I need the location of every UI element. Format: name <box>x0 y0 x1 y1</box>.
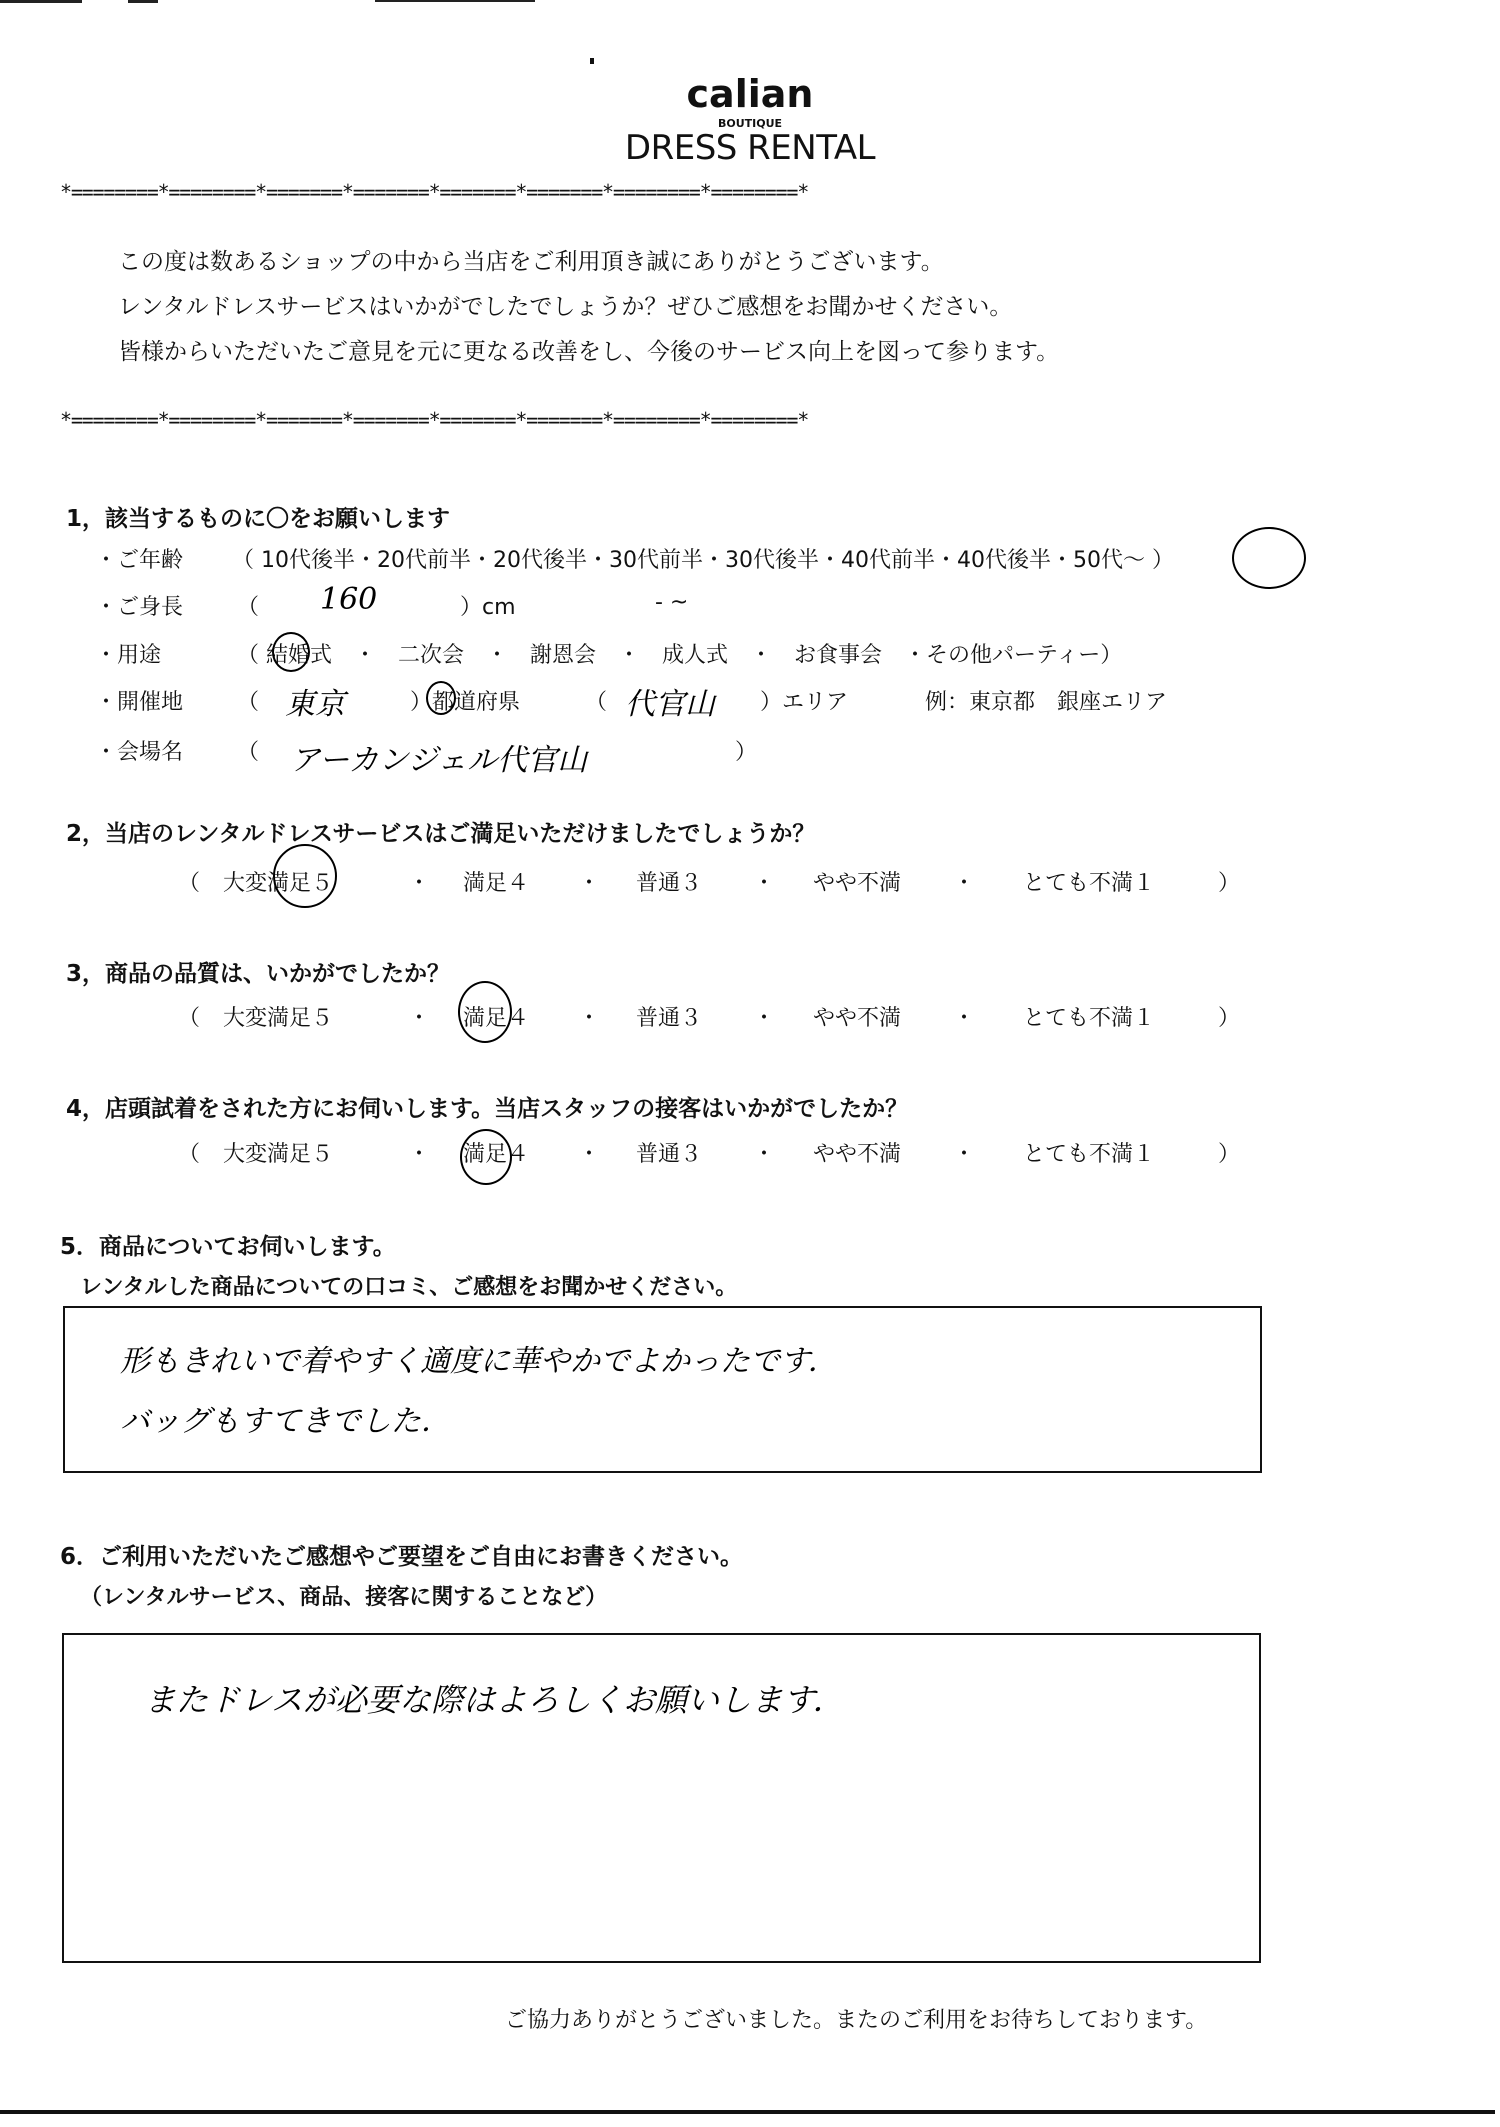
age-row: ・ご年齢 （ 10代後半・20代前半・20代後半・30代前半・30代後半・40代… <box>0 543 1500 577</box>
age-options[interactable]: （ 10代後半・20代前半・20代後半・30代前半・30代後半・40代前半・40… <box>232 543 1174 574</box>
height-unit: ）cm <box>460 590 516 621</box>
q5-answer-line: バッグもすてきでした． <box>120 1396 451 1440</box>
separator-bottom: *========*========*=======*=======*=====… <box>60 408 1360 432</box>
venue-prefecture-value[interactable]: 東京 <box>285 679 345 723</box>
venue-example: 例：東京都 銀座エリア <box>925 685 1167 716</box>
venue-row: ・開催地 （ 東京 ）都道府県 （ 代官山 ）エリア 例：東京都 銀座エリア <box>0 685 1500 725</box>
logo-dot <box>590 58 594 64</box>
selected-circle-age <box>1232 527 1306 589</box>
age-label: ・ご年齢 <box>95 543 183 574</box>
selected-circle-q4 <box>460 1129 512 1185</box>
q2-option-3[interactable]: 普通３ <box>636 866 702 897</box>
selected-circle-prefecture <box>426 681 456 715</box>
bottom-rule <box>0 2110 1495 2114</box>
intro-text: この度は数あるショップの中から当店をご利用頂き誠にありがとうございます。 レンタ… <box>118 240 1059 375</box>
document-title: DRESS RENTAL <box>0 128 1500 168</box>
q6-answer-box[interactable]: またドレスが必要な際はよろしくお願いします． <box>62 1633 1261 1963</box>
selected-circle-q2 <box>273 844 337 908</box>
q3-title: 3，商品の品質は、いかがでしたか？ <box>66 955 450 988</box>
q3-option-1[interactable]: とても不満１ <box>1023 1001 1155 1032</box>
selected-circle-purpose <box>272 632 310 672</box>
q5-subtitle: レンタルした商品についての口コミ、ご感想をお聞かせください。 <box>80 1270 737 1301</box>
purpose-row: ・用途 （ 結婚式 ・ 二次会 ・ 謝恩会 ・ 成人式 ・ お食事会 ・その他パ… <box>0 638 1500 672</box>
separator-top: *========*========*=======*=======*=====… <box>60 180 1360 204</box>
purpose-options[interactable]: （ 結婚式 ・ 二次会 ・ 謝恩会 ・ 成人式 ・ お食事会 ・その他パーティー… <box>237 638 1122 669</box>
q2-option-4[interactable]: 満足４ <box>463 866 529 897</box>
venue-area-open-paren: （ <box>585 685 607 716</box>
q4-option-5[interactable]: 大変満足５ <box>223 1137 333 1168</box>
q6-subtitle: （レンタルサービス、商品、接客に関することなど） <box>80 1580 607 1611</box>
scan-marks <box>0 0 760 6</box>
height-row: ・ご身長 （ 160 ）cm - ~ <box>0 590 1500 630</box>
brand-logo: calian <box>0 72 1500 116</box>
height-open-paren: （ <box>237 590 259 621</box>
q3-option-2[interactable]: やや不満 <box>813 1001 901 1032</box>
q3-option-5[interactable]: 大変満足５ <box>223 1001 333 1032</box>
venue-area-value[interactable]: 代官山 <box>625 679 715 723</box>
intro-line: レンタルドレスサービスはいかがでしたでしょうか？ぜひご感想をお聞かせください。 <box>118 285 1059 330</box>
intro-line: この度は数あるショップの中から当店をご利用頂き誠にありがとうございます。 <box>118 240 1059 285</box>
hall-value[interactable]: アーカンジェル代官山 <box>290 735 587 779</box>
q4-title: 4，店頭試着をされた方にお伺いします。当店スタッフの接客はいかがでしたか？ <box>66 1090 908 1123</box>
venue-open-paren: （ <box>237 685 259 716</box>
q5-title: 5．商品についてお伺いします。 <box>60 1228 396 1261</box>
height-value[interactable]: 160 <box>320 582 377 617</box>
q3-option-3[interactable]: 普通３ <box>636 1001 702 1032</box>
hall-close-paren: ） <box>735 735 757 766</box>
hall-row: ・会場名 （ アーカンジェル代官山 ） <box>0 735 1500 775</box>
height-label: ・ご身長 <box>95 590 183 621</box>
q4-option-1[interactable]: とても不満１ <box>1023 1137 1155 1168</box>
hall-open-paren: （ <box>237 735 259 766</box>
q4-option-2[interactable]: やや不満 <box>813 1137 901 1168</box>
purpose-label: ・用途 <box>95 638 161 669</box>
venue-area-suffix: ）エリア <box>760 685 848 716</box>
q2-title: 2，当店のレンタルドレスサービスはご満足いただけましたでしょうか？ <box>66 815 815 848</box>
q5-answer-line: 形もきれいで着やすく適度に華やかでよかったです． <box>120 1336 838 1380</box>
q2-option-1[interactable]: とても不満１ <box>1023 866 1155 897</box>
q4-option-3[interactable]: 普通３ <box>636 1137 702 1168</box>
q6-title: 6．ご利用いただいたご感想やご要望をご自由にお書きください。 <box>60 1538 743 1571</box>
q6-answer-line: またドレスが必要な際はよろしくお願いします． <box>144 1675 844 1721</box>
q2-option-2[interactable]: やや不満 <box>813 866 901 897</box>
q5-answer-box[interactable]: 形もきれいで着やすく適度に華やかでよかったです． バッグもすてきでした． <box>63 1306 1262 1473</box>
intro-line: 皆様からいただいたご意見を元に更なる改善をし、今後のサービス向上を図って参ります… <box>118 330 1059 375</box>
hall-label: ・会場名 <box>95 735 183 766</box>
venue-label: ・開催地 <box>95 685 183 716</box>
selected-circle-q3 <box>458 981 512 1043</box>
footer-thanks: ご協力ありがとうございました。またのご利用をお待ちしております。 <box>505 2003 1207 2034</box>
height-extra-marks: - ~ <box>655 590 688 615</box>
q1-title: 1，該当するものに〇をお願いします <box>66 500 450 533</box>
